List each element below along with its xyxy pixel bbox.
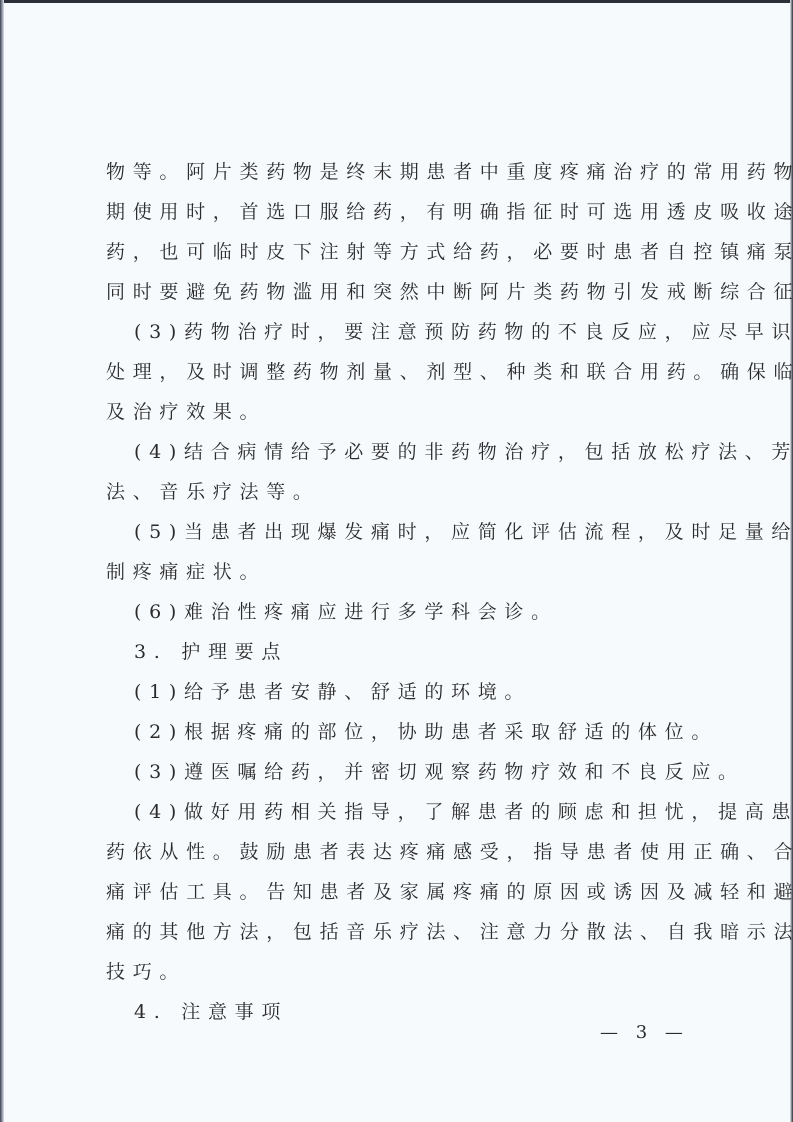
text-line: 药，也可临时皮下注射等方式给药，必要时患者自控镇痛泵给药。: [106, 232, 706, 272]
section-heading: 3. 护理要点: [106, 632, 706, 672]
text-line: 及治疗效果。: [106, 392, 706, 432]
list-item-line: (4)结合病情给予必要的非药物治疗，包括放松疗法、芳香疗: [106, 432, 706, 472]
list-item-line: (6)难治性疼痛应进行多学科会诊。: [106, 592, 706, 632]
text-line: 同时要避免药物滥用和突然中断阿片类药物引发戒断综合征。: [106, 272, 706, 312]
list-item-line: (3)遵医嘱给药，并密切观察药物疗效和不良反应。: [106, 752, 706, 792]
text-line: 制疼痛症状。: [106, 552, 706, 592]
list-item-line: (4)做好用药相关指导，了解患者的顾虑和担忧，提高患者用: [106, 792, 706, 832]
document-body: 物等。阿片类药物是终末期患者中重度疼痛治疗的常用药物。长 期使用时，首选口服给药…: [106, 152, 706, 1032]
list-item-line: (3)药物治疗时，要注意预防药物的不良反应，应尽早识别并: [106, 312, 706, 352]
text-line: 物等。阿片类药物是终末期患者中重度疼痛治疗的常用药物。长: [106, 152, 706, 192]
scan-edge-left: [0, 0, 4, 1122]
text-line: 药依从性。鼓励患者表达疼痛感受，指导患者使用正确、合适的疼: [106, 832, 706, 872]
text-line: 法、音乐疗法等。: [106, 472, 706, 512]
list-item-line: (2)根据疼痛的部位，协助患者采取舒适的体位。: [106, 712, 706, 752]
text-line: 期使用时，首选口服给药，有明确指征时可选用透皮吸收途径给: [106, 192, 706, 232]
text-line: 痛评估工具。告知患者及家属疼痛的原因或诱因及减轻和避免疼: [106, 872, 706, 912]
text-line: 技巧。: [106, 952, 706, 992]
text-line: 痛的其他方法，包括音乐疗法、注意力分散法、自我暗示法等放松: [106, 912, 706, 952]
list-item-line: (5)当患者出现爆发痛时，应简化评估流程，及时足量给药，控: [106, 512, 706, 552]
text-line: 处理，及时调整药物剂量、剂型、种类和联合用药。确保临床安全: [106, 352, 706, 392]
page-number: — 3 —: [600, 1022, 689, 1043]
list-item-line: (1)给予患者安静、舒适的环境。: [106, 672, 706, 712]
scan-edge-top: [0, 0, 793, 3]
